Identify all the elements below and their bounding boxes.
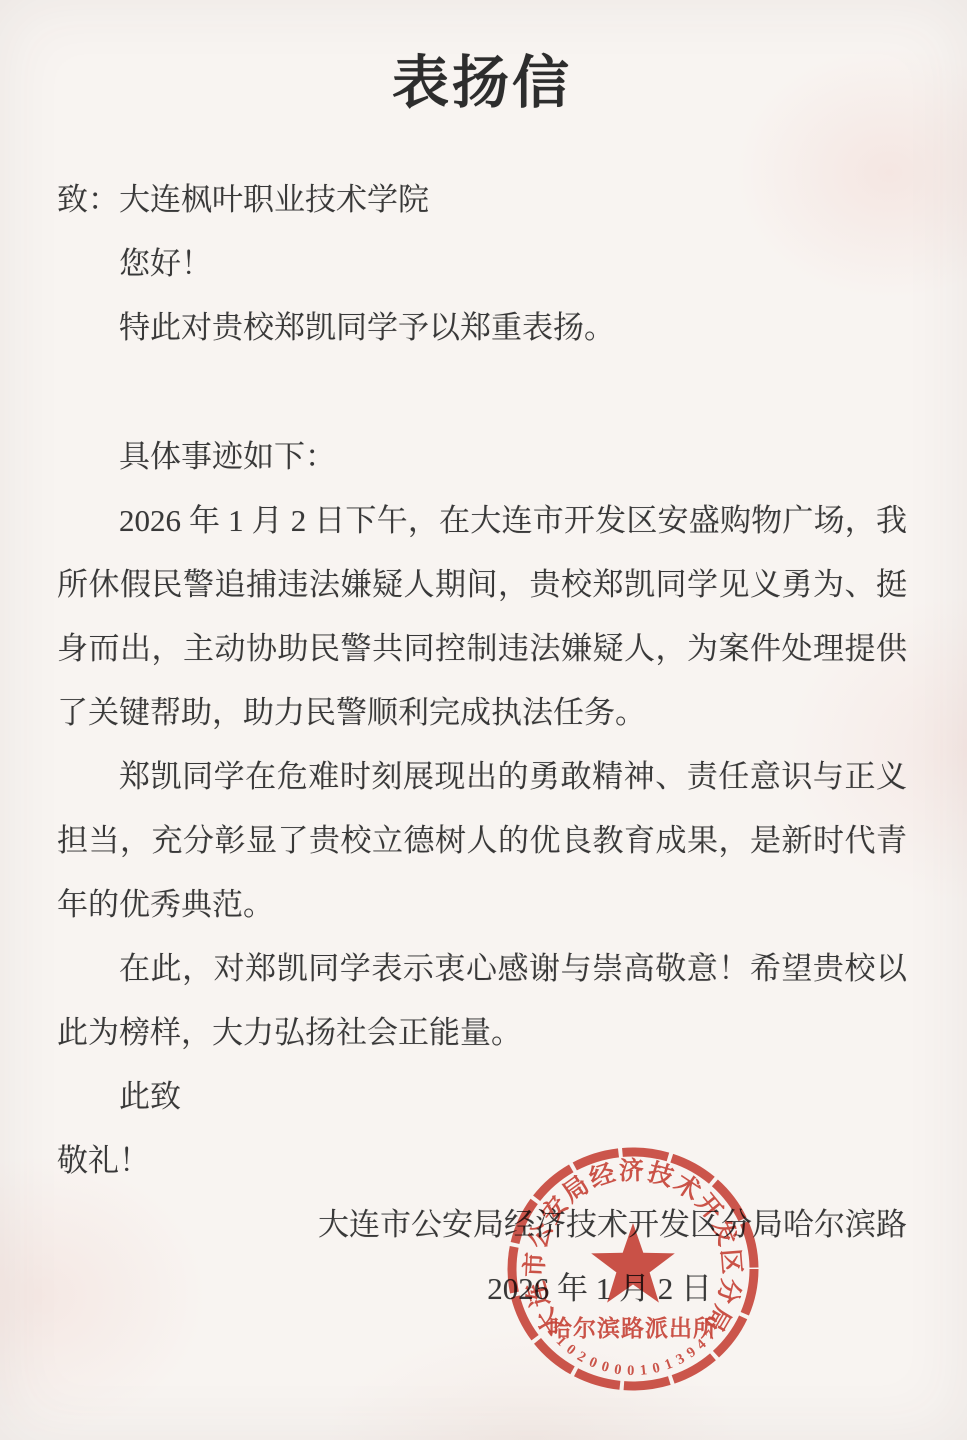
body-paragraph-2: 郑凯同学在危难时刻展现出的勇敢精神、责任意识与正义担当，充分彰显了贵校立德树人的…: [57, 745, 907, 937]
date-line: 2026 年 1 月 2 日: [57, 1257, 907, 1321]
greeting-line: 您好！: [57, 232, 907, 296]
letter-content: 表扬信 致：大连枫叶职业技术学院 您好！ 特此对贵校郑凯同学予以郑重表扬。 具体…: [0, 0, 967, 1321]
body-paragraph-1: 2026 年 1 月 2 日下午，在大连市开发区安盛购物广场，我所休假民警追捕违…: [57, 489, 907, 745]
svg-text:210200001013947: 210200001013947: [544, 1324, 719, 1379]
body-paragraph-3: 在此，对郑凯同学表示衷心感谢与崇高敬意！希望贵校以此为榜样，大力弘扬社会正能量。: [57, 937, 907, 1065]
closing-cizhi: 此致: [57, 1065, 907, 1129]
letter-page: 表扬信 致：大连枫叶职业技术学院 您好！ 特此对贵校郑凯同学予以郑重表扬。 具体…: [0, 0, 967, 1440]
letter-title: 表扬信: [57, 0, 907, 121]
commendation-line: 特此对贵校郑凯同学予以郑重表扬。: [57, 296, 907, 360]
recipient-line: 致：大连枫叶职业技术学院: [57, 168, 907, 232]
seal-serial-number: 210200001013947: [544, 1324, 719, 1379]
closing-salute: 敬礼！: [57, 1129, 907, 1193]
signature-line: 大连市公安局经济技术开发区分局哈尔滨路: [57, 1193, 907, 1257]
deeds-heading: 具体事迹如下：: [57, 425, 907, 489]
